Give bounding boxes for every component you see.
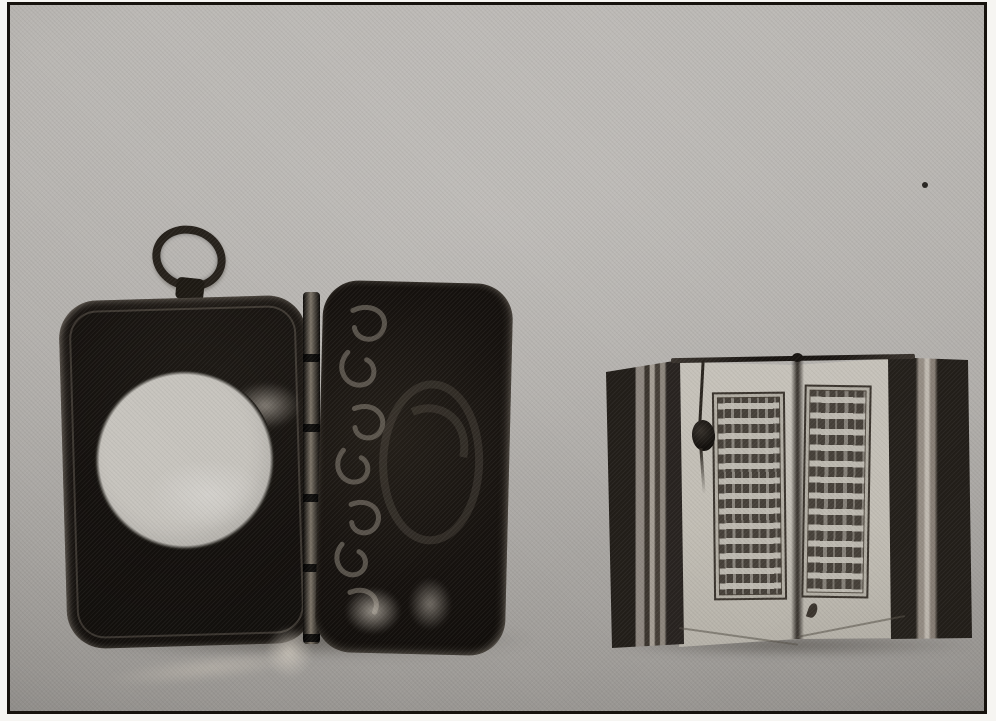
photo-frame-border <box>7 2 987 714</box>
case-lid-right-with-scrollwork <box>314 280 513 657</box>
case-lid-left-with-lens <box>58 295 315 650</box>
halftone-photograph <box>10 5 984 711</box>
printed-page <box>0 0 996 721</box>
text-block-left <box>712 392 787 601</box>
lens-shine <box>147 458 269 531</box>
book-cover-left <box>606 348 686 660</box>
dust-speck <box>922 182 928 188</box>
amulet-case <box>55 220 525 668</box>
headband-notch <box>792 353 803 362</box>
book-cover-right <box>888 348 974 660</box>
miniature-book <box>603 348 979 660</box>
engraved-scrollwork <box>314 280 513 657</box>
text-block-right <box>801 384 871 598</box>
